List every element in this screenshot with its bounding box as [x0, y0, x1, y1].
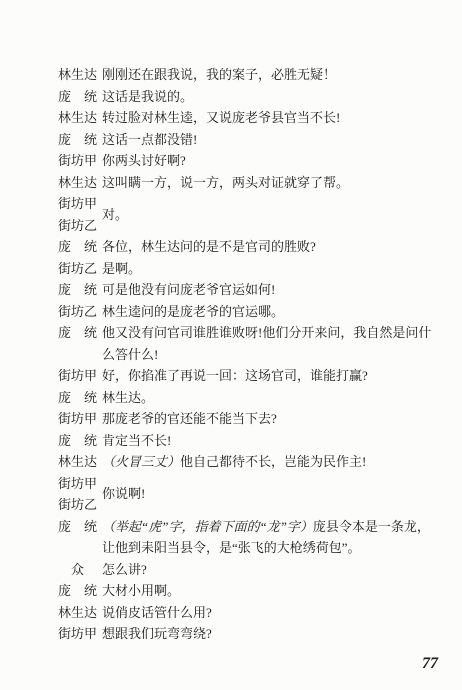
speech-line: 大材小用啊。	[102, 583, 180, 598]
speech-text: 这话是我说的。	[102, 86, 434, 108]
dialogue-line: 街坊乙 林生逵问的是庞老爷的官运哪。	[57, 301, 434, 323]
speech-text: 对。	[102, 204, 434, 226]
speech-line: 这话是我说的。	[102, 89, 193, 104]
speech-text: 可是他没有问庞老爷官运如何!	[102, 279, 434, 301]
speech-line: 转过脸对林生逵，又说庞老爷县官当不长!	[102, 110, 340, 125]
speaker-label: 街坊甲	[57, 365, 98, 387]
speaker-label: 众	[57, 559, 98, 581]
speech-text: 刚刚还在跟我说，我的案子，必胜无疑！	[102, 64, 434, 86]
speech-text: 转过脸对林生逵，又说庞老爷县官当不长!	[102, 107, 434, 129]
speech-line: 肯定当不长!	[102, 433, 171, 448]
speech-text: 想跟我们玩弯弯绕?	[102, 623, 434, 645]
speaker-name: 庞 统	[57, 387, 98, 409]
speech-line: 林生达。	[102, 390, 154, 405]
dialogue-line: 街坊乙 是啊。	[57, 258, 434, 280]
stage-direction: （举起“虎”字，指着下面的“龙”字）	[102, 519, 313, 534]
speaker-name: 林生达	[57, 451, 98, 473]
dialogue-line: 庞 统 肯定当不长!	[57, 430, 434, 452]
speaker-label: 林生达	[57, 602, 98, 624]
speech-text: 怎么讲?	[102, 559, 434, 581]
speech-text: 是啊。	[102, 258, 434, 280]
speaker-label: 庞 统	[57, 279, 98, 301]
speech-line: 那庞老爷的官还能不能当下去?	[102, 411, 277, 426]
dialogue-line: 林生达 刚刚还在跟我说，我的案子，必胜无疑！	[57, 64, 434, 86]
speech-text: 你两头讨好啊?	[102, 150, 434, 172]
dialogue-line: 林生达 （火冒三丈）他自己都待不长，岂能为民作主!	[57, 451, 434, 473]
speech-line: 刚刚还在跟我说，我的案子，必胜无疑！	[102, 67, 336, 82]
speech-line: 你说啊!	[102, 486, 145, 501]
speech-line: 这话一点都没错!	[102, 132, 197, 147]
dialogue-line-shared: 街坊甲 街坊乙 对。	[57, 193, 434, 236]
dialogue-line: 庞 统 这话一点都没错!	[57, 129, 434, 151]
speaker-name: 庞 统	[57, 279, 98, 301]
speech-line: 这叫瞒一方，说一方，两头对证就穿了帮。	[102, 175, 349, 190]
speaker-label: 庞 统	[57, 430, 98, 452]
speech-text: 肯定当不长!	[102, 430, 434, 452]
speaker-name: 庞 统	[57, 236, 98, 258]
speech-line: 他自己都待不长，岂能为民作主!	[180, 454, 366, 469]
speech-text: 那庞老爷的官还能不能当下去?	[102, 408, 434, 430]
speaker-label: 庞 统	[57, 387, 98, 409]
speaker-name: 街坊甲 街坊乙	[57, 473, 98, 516]
speech-line: 林生逵问的是庞老爷的官运哪。	[102, 304, 284, 319]
book-page: 林生达 刚刚还在跟我说，我的案子，必胜无疑！ 庞 统 这话是我说的。 林生达 转…	[0, 0, 462, 690]
speech-text: （火冒三丈）他自己都待不长，岂能为民作主!	[102, 451, 434, 473]
dialogue-line: 庞 统 他又没有问官司谁胜谁败呀!他们分开来问，我自然是问什么答什么!	[57, 322, 434, 365]
dialogue-script: 林生达 刚刚还在跟我说，我的案子，必胜无疑！ 庞 统 这话是我说的。 林生达 转…	[57, 64, 434, 645]
speaker-name: 街坊甲	[57, 408, 98, 430]
speaker-label: 庞 统	[57, 516, 98, 538]
speaker-label: 街坊甲	[57, 408, 98, 430]
page-number: 77	[422, 655, 438, 673]
dialogue-line: 街坊甲 想跟我们玩弯弯绕?	[57, 623, 434, 645]
dialogue-line: 林生达 这叫瞒一方，说一方，两头对证就穿了帮。	[57, 172, 434, 194]
speech-text: 这叫瞒一方，说一方，两头对证就穿了帮。	[102, 172, 434, 194]
speech-line: 好，你掐准了再说一回：这场官司，谁能打赢?	[102, 368, 368, 383]
speaker-name: 众	[57, 559, 98, 581]
speech-text: 你说啊!	[102, 483, 434, 505]
speaker-name: 林生达	[57, 172, 98, 194]
speaker-name: 街坊乙	[57, 258, 98, 280]
speaker-label: 庞 统	[57, 322, 98, 344]
speaker-label: 林生达	[57, 172, 98, 194]
dialogue-line: 街坊甲 你两头讨好啊?	[57, 150, 434, 172]
dialogue-line-shared: 街坊甲 街坊乙 你说啊!	[57, 473, 434, 516]
speaker-name: 林生达	[57, 64, 98, 86]
speech-line: 他又没有问官司谁胜谁败呀!他们分开来问，我自然是问什么答什么!	[102, 325, 431, 362]
speaker-label: 街坊乙	[57, 494, 98, 516]
speaker-name: 街坊甲	[57, 365, 98, 387]
speaker-name: 街坊甲 街坊乙	[57, 193, 98, 236]
speaker-name: 庞 统	[57, 516, 98, 538]
speech-text: （举起“虎”字，指着下面的“龙”字）庞县令本是一条龙，让他到耒阳当县令，是“张飞…	[102, 516, 434, 559]
dialogue-line: 林生达 转过脸对林生逵，又说庞老爷县官当不长!	[57, 107, 434, 129]
speaker-name: 庞 统	[57, 86, 98, 108]
speaker-label: 林生达	[57, 451, 98, 473]
speech-line: 是啊。	[102, 261, 141, 276]
speaker-label: 庞 统	[57, 129, 98, 151]
speech-text: 这话一点都没错!	[102, 129, 434, 151]
speech-text: 林生逵问的是庞老爷的官运哪。	[102, 301, 434, 323]
dialogue-line: 庞 统 林生达。	[57, 387, 434, 409]
dialogue-line: 林生达 说俏皮话管什么用?	[57, 602, 434, 624]
speaker-label: 林生达	[57, 64, 98, 86]
speech-text: 说俏皮话管什么用?	[102, 602, 434, 624]
speech-line: 你两头讨好啊?	[102, 153, 186, 168]
speaker-label: 街坊甲	[57, 150, 98, 172]
speaker-label: 街坊甲	[57, 623, 98, 645]
speech-text: 好，你掐准了再说一回：这场官司，谁能打赢?	[102, 365, 434, 387]
speaker-name: 街坊甲	[57, 150, 98, 172]
speech-text: 林生达。	[102, 387, 434, 409]
dialogue-line: 众 怎么讲?	[57, 559, 434, 581]
speaker-name: 林生达	[57, 107, 98, 129]
speaker-label: 庞 统	[57, 236, 98, 258]
speaker-name: 林生达	[57, 602, 98, 624]
dialogue-line: 庞 统 （举起“虎”字，指着下面的“龙”字）庞县令本是一条龙，让他到耒阳当县令，…	[57, 516, 434, 559]
speaker-name: 街坊乙	[57, 301, 98, 323]
speaker-label: 街坊甲	[57, 473, 98, 495]
dialogue-line: 街坊甲 那庞老爷的官还能不能当下去?	[57, 408, 434, 430]
speaker-name: 庞 统	[57, 322, 98, 344]
speaker-label: 庞 统	[57, 580, 98, 602]
dialogue-line: 庞 统 大材小用啊。	[57, 580, 434, 602]
speech-text: 各位，林生达问的是不是官司的胜败?	[102, 236, 434, 258]
speech-line: 想跟我们玩弯弯绕?	[102, 626, 212, 641]
dialogue-line: 街坊甲 好，你掐准了再说一回：这场官司，谁能打赢?	[57, 365, 434, 387]
speaker-label: 街坊乙	[57, 258, 98, 280]
dialogue-line: 庞 统 各位，林生达问的是不是官司的胜败?	[57, 236, 434, 258]
speech-line: 说俏皮话管什么用?	[102, 605, 212, 620]
speech-line: 各位，林生达问的是不是官司的胜败?	[102, 239, 316, 254]
dialogue-line: 庞 统 这话是我说的。	[57, 86, 434, 108]
dialogue-line: 庞 统 可是他没有问庞老爷官运如何!	[57, 279, 434, 301]
speaker-name: 庞 统	[57, 129, 98, 151]
speech-line: 对。	[102, 207, 128, 222]
speech-line: 可是他没有问庞老爷官运如何!	[102, 282, 275, 297]
speaker-label: 庞 统	[57, 86, 98, 108]
speaker-label: 街坊乙	[57, 301, 98, 323]
speaker-name: 街坊甲	[57, 623, 98, 645]
speech-line: 怎么讲?	[102, 562, 147, 577]
stage-direction: （火冒三丈）	[102, 454, 180, 469]
speaker-name: 庞 统	[57, 430, 98, 452]
speaker-label: 街坊甲	[57, 193, 98, 215]
speaker-label: 林生达	[57, 107, 98, 129]
speaker-name: 庞 统	[57, 580, 98, 602]
speech-text: 大材小用啊。	[102, 580, 434, 602]
speech-text: 他又没有问官司谁胜谁败呀!他们分开来问，我自然是问什么答什么!	[102, 322, 434, 365]
speaker-label: 街坊乙	[57, 215, 98, 237]
